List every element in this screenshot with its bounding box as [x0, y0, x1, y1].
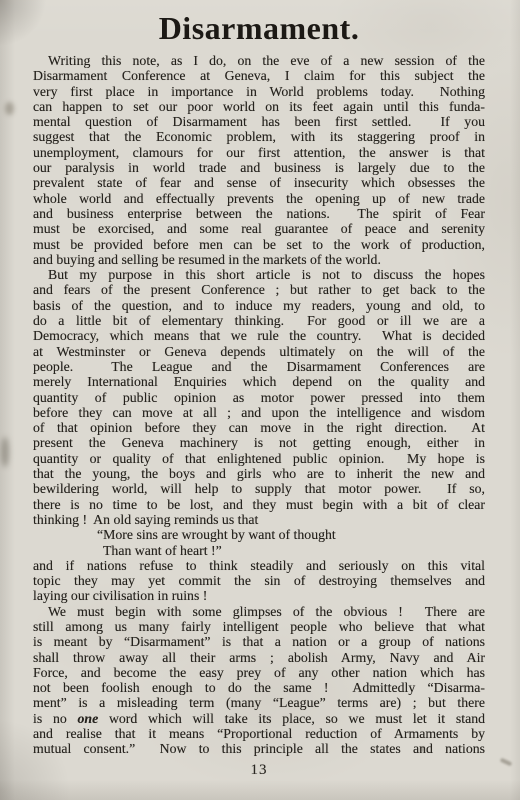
text-line: still among us many fairly intelligent p…: [33, 619, 485, 634]
paragraph: We must begin with some glimpses of the …: [33, 604, 485, 757]
text-line: mutual consent.” Now to this principle a…: [33, 741, 485, 756]
text-line: unemployment, clamours for our first att…: [33, 145, 485, 160]
text-line: topic they may yet commit the sin of des…: [33, 573, 485, 588]
text-line: very first place in importance in World …: [33, 84, 485, 99]
text-line: “More sins are wrought by want of though…: [97, 527, 485, 542]
text-line: there is no time to be lost, and they mu…: [33, 497, 485, 512]
text-line: merely International Enquiries which dep…: [33, 374, 485, 389]
text-line: of that opinion before they can move in …: [33, 420, 485, 435]
text-line: must be provided before men can be set t…: [33, 237, 485, 252]
text-line: Democracy, which means that we rule the …: [33, 328, 485, 343]
text-line: shall throw away all their arms ; abolis…: [33, 650, 485, 665]
text-line: must be exorcised, and some real guarant…: [33, 221, 485, 236]
text-line: and business enterprise between the nati…: [33, 206, 485, 221]
text-line: at Westminster or Geneva depends ultimat…: [33, 344, 485, 359]
page-body: Writing this note, as I do, on the eve o…: [33, 53, 485, 757]
text-line: Disarmament Conference at Geneva, I clai…: [33, 68, 485, 83]
paragraph: But my purpose in this short article is …: [33, 267, 485, 527]
text-line: Than want of heart !”: [103, 543, 485, 558]
text-line: is no one word which will take its place…: [33, 711, 485, 726]
page-number: 13: [33, 762, 485, 779]
text-line: do a little bit of elementary thinking. …: [33, 313, 485, 328]
paragraph: Writing this note, as I do, on the eve o…: [33, 53, 485, 267]
page-title: Disarmament.: [33, 9, 485, 47]
text-line: But my purpose in this short article is …: [33, 267, 485, 282]
scan-smudge: [500, 758, 513, 767]
text-line: prevalent state of fear and sense of ins…: [33, 175, 485, 190]
text-line: can happen to set our poor world on its …: [33, 99, 485, 114]
text-line: We must begin with some glimpses of the …: [33, 604, 485, 619]
text-line: present the Geneva machinery is not gett…: [33, 435, 485, 450]
text-line: quantity or quality of that enlightened …: [33, 451, 485, 466]
text-line: that the young, the boys and girls who a…: [33, 466, 485, 481]
text-line: and fears of the present Conference ; bu…: [33, 282, 485, 297]
text-line: mental question of Disarmament has been …: [33, 114, 485, 129]
text-line: people. The League and the Disarmament C…: [33, 359, 485, 374]
text-line: ment” is a misleading term (many “League…: [33, 695, 485, 710]
quote-block: “More sins are wrought by want of though…: [33, 527, 485, 558]
text-line: bewildering world, will help to supply t…: [33, 481, 485, 496]
text-line: and realise that it means “Proportional …: [33, 726, 485, 741]
scan-smudge: [1, 437, 9, 467]
paragraph: and if nations refuse to think steadily …: [33, 558, 485, 604]
text-line: is meant by “Disarmament” is that a nati…: [33, 634, 485, 649]
text-line: laying our civilisation in ruins !: [33, 588, 485, 603]
text-line: suggest that the Economic problem, with …: [33, 129, 485, 144]
text-line: Writing this note, as I do, on the eve o…: [33, 53, 485, 68]
text-line: whole world and effectually prevents the…: [33, 191, 485, 206]
text-line: our paralysis in world trade and busines…: [33, 160, 485, 175]
scanned-page: Disarmament. Writing this note, as I do,…: [0, 0, 520, 800]
text-line: quantity of public opinion as motor powe…: [33, 390, 485, 405]
scan-smudge: [5, 102, 14, 115]
text-line: Force, and become the easy prey of any o…: [33, 665, 485, 680]
text-line: and if nations refuse to think steadily …: [33, 558, 485, 573]
text-line: not been foolish enough to do the same !…: [33, 680, 485, 695]
text-line: basis of the question, and to induce my …: [33, 298, 485, 313]
text-line: and buying and selling be resumed in the…: [33, 252, 485, 267]
text-line: before they can move at all ; and upon t…: [33, 405, 485, 420]
text-line: thinking ! An old saying reminds us that: [33, 512, 485, 527]
